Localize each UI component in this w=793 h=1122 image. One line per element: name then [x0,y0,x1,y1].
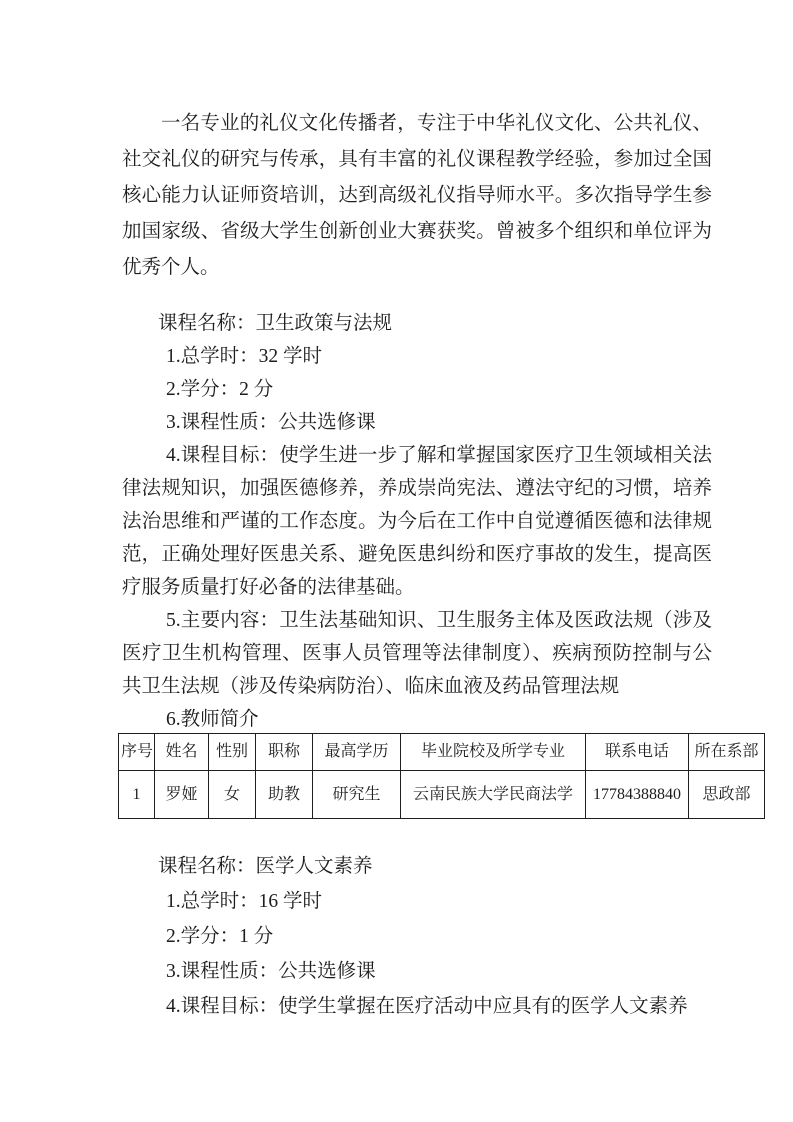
course1-item-course-type: 3.课程性质：公共选修课 [122,406,712,439]
table-cell-school-major: 云南民族大学民商法学 [401,771,586,819]
table-header-index: 序号 [119,734,155,771]
table-cell-title: 助教 [256,771,313,819]
course2-item-course-type: 3.课程性质：公共选修课 [122,954,712,989]
table-cell-index: 1 [119,771,155,819]
teacher-table-header-row: 序号 姓名 性别 职称 最高学历 毕业院校及所学专业 联系电话 所在系部 [119,734,765,771]
table-header-gender: 性别 [209,734,256,771]
course2-item-objectives: 4.课程目标：使学生掌握在医疗活动中应具有的医学人文素养 [122,989,712,1024]
course-section-medical-humanities: 课程名称：医学人文素养 1.总学时：16 学时 2.学分：1 分 3.课程性质：… [122,849,712,1024]
table-header-name: 姓名 [155,734,209,771]
course1-item-total-hours: 1.总学时：32 学时 [122,340,712,373]
document-page: 一名专业的礼仪文化传播者，专注于中华礼仪文化、公共礼仪、社交礼仪的研究与传承，具… [0,0,793,1122]
table-header-title: 职称 [256,734,313,771]
course2-title: 课程名称：医学人文素养 [122,849,712,884]
course2-item-total-hours: 1.总学时：16 学时 [122,884,712,919]
table-cell-education: 研究生 [313,771,401,819]
table-header-school-major: 毕业院校及所学专业 [401,734,586,771]
course-section-health-policy: 课程名称：卫生政策与法规 1.总学时：32 学时 2.学分：2 分 3.课程性质… [122,307,712,736]
table-cell-department: 思政部 [689,771,765,819]
course1-item-objectives: 4.课程目标：使学生进一步了解和掌握国家医疗卫生领域相关法律法规知识，加强医德修… [122,439,712,604]
course1-item-teacher-intro: 6.教师简介 [122,703,712,736]
table-header-education: 最高学历 [313,734,401,771]
course2-item-credits: 2.学分：1 分 [122,919,712,954]
course1-item-main-content: 5.主要内容：卫生法基础知识、卫生服务主体及医政法规（涉及医疗卫生机构管理、医事… [122,604,712,703]
course1-item-credits: 2.学分：2 分 [122,373,712,406]
table-cell-gender: 女 [209,771,256,819]
teacher-table-row: 1 罗娅 女 助教 研究生 云南民族大学民商法学 17784388840 思政部 [119,771,765,819]
page-content: 一名专业的礼仪文化传播者，专注于中华礼仪文化、公共礼仪、社交礼仪的研究与传承，具… [122,106,712,1024]
course1-title: 课程名称：卫生政策与法规 [122,307,712,340]
table-cell-name: 罗娅 [155,771,209,819]
table-header-department: 所在系部 [689,734,765,771]
table-header-phone: 联系电话 [586,734,689,771]
table-cell-phone: 17784388840 [586,771,689,819]
intro-paragraph: 一名专业的礼仪文化传播者，专注于中华礼仪文化、公共礼仪、社交礼仪的研究与传承，具… [122,106,712,286]
teacher-table: 序号 姓名 性别 职称 最高学历 毕业院校及所学专业 联系电话 所在系部 1 罗… [118,733,765,819]
